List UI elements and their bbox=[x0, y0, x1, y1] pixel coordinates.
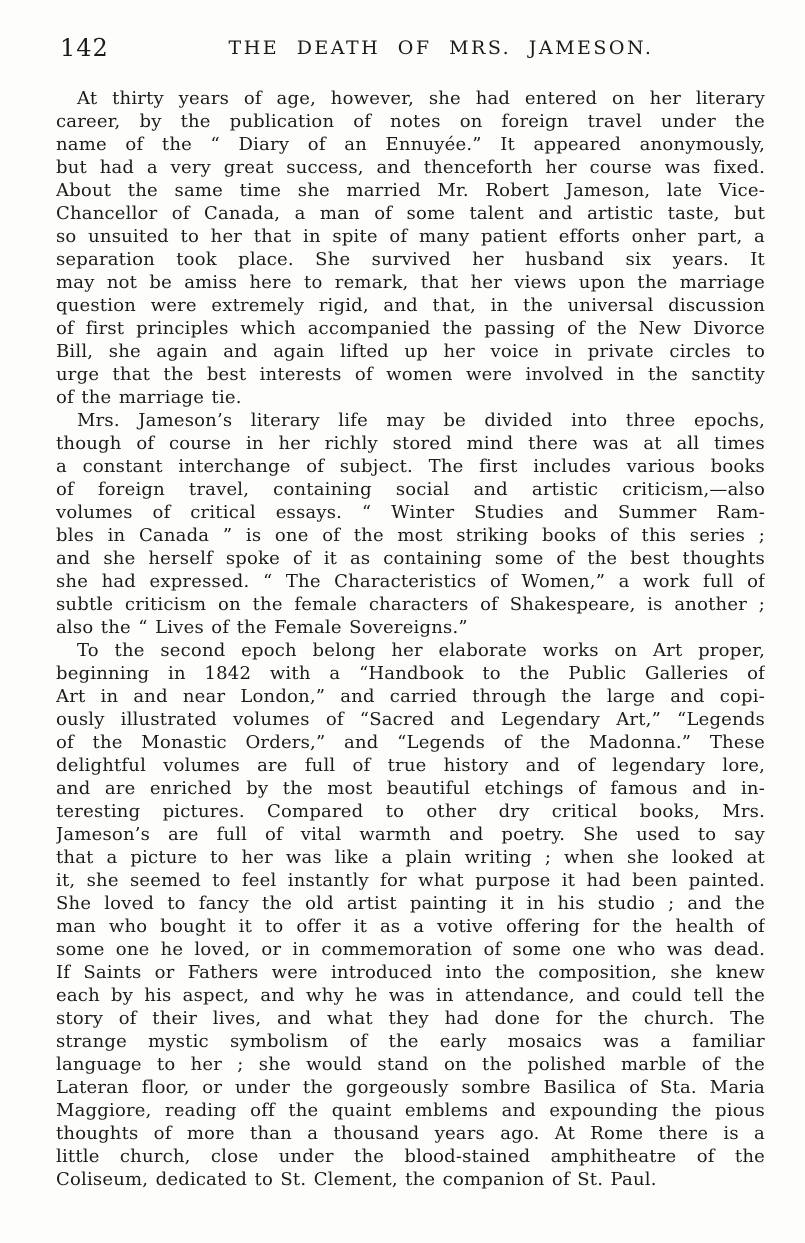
text-line: volumes of critical essays. “ Winter Stu… bbox=[56, 501, 765, 524]
text-line: each by his aspect, and why he was in at… bbox=[56, 984, 765, 1007]
text-line: man who bought it to offer it as a votiv… bbox=[56, 915, 765, 938]
text-line: strange mystic symbolism of the early mo… bbox=[56, 1030, 765, 1053]
text-line: little church, close under the blood-sta… bbox=[56, 1145, 765, 1168]
text-line: Coliseum, dedicated to St. Clement, the … bbox=[56, 1168, 765, 1191]
text-line: She loved to fancy the old artist painti… bbox=[56, 892, 765, 915]
text-line: of first principles which accompanied th… bbox=[56, 317, 765, 340]
text-line: may not be amiss here to remark, that he… bbox=[56, 271, 765, 294]
text-line: About the same time she married Mr. Robe… bbox=[56, 179, 765, 202]
text-line: urge that the best interests of women we… bbox=[56, 363, 765, 386]
text-line: Art in and near London,” and carried thr… bbox=[56, 685, 765, 708]
page-header: 142 THE DEATH OF MRS. JAMESON. bbox=[57, 34, 765, 64]
text-line: If Saints or Fathers were introduced int… bbox=[56, 961, 765, 984]
text-line: and are enriched by the most beautiful e… bbox=[56, 777, 765, 800]
text-line: that a picture to her was like a plain w… bbox=[56, 846, 765, 869]
paragraph: At thirty years of age, however, she had… bbox=[56, 87, 765, 409]
text-line: Maggiore, reading off the quaint emblems… bbox=[56, 1099, 765, 1122]
text-line: thoughts of more than a thousand years a… bbox=[56, 1122, 765, 1145]
text-line: story of their lives, and what they had … bbox=[56, 1007, 765, 1030]
text-line: she had expressed. “ The Characteristics… bbox=[56, 570, 765, 593]
text-line: of foreign travel, containing social and… bbox=[56, 478, 765, 501]
text-line: separation took place. She survived her … bbox=[56, 248, 765, 271]
text-line: though of course in her richly stored mi… bbox=[56, 432, 765, 455]
text-line: career, by the publication of notes on f… bbox=[56, 110, 765, 133]
text-line: Bill, she again and again lifted up her … bbox=[56, 340, 765, 363]
text-line: so unsuited to her that in spite of many… bbox=[56, 225, 765, 248]
running-title: THE DEATH OF MRS. JAMESON. bbox=[177, 37, 705, 59]
text-line: bles in Canada ” is one of the most stri… bbox=[56, 524, 765, 547]
paragraph: Mrs. Jameson’s literary life may be divi… bbox=[56, 409, 765, 639]
text-line: To the second epoch belong her elaborate… bbox=[56, 639, 765, 662]
text-line: some one he loved, or in commemoration o… bbox=[56, 938, 765, 961]
text-line: question were extremely rigid, and that,… bbox=[56, 294, 765, 317]
page-body: At thirty years of age, however, she had… bbox=[56, 87, 765, 1191]
text-line: and she herself spoke of it as containin… bbox=[56, 547, 765, 570]
page-number: 142 bbox=[60, 34, 109, 62]
text-line: teresting pictures. Compared to other dr… bbox=[56, 800, 765, 823]
text-line: delightful volumes are full of true hist… bbox=[56, 754, 765, 777]
book-page: 142 THE DEATH OF MRS. JAMESON. At thirty… bbox=[0, 0, 805, 1243]
text-line: language to her ; she would stand on the… bbox=[56, 1053, 765, 1076]
text-line: name of the “ Diary of an Ennuyée.” It a… bbox=[56, 133, 765, 156]
text-line: beginning in 1842 with a “Handbook to th… bbox=[56, 662, 765, 685]
text-line: Chancellor of Canada, a man of some tale… bbox=[56, 202, 765, 225]
text-line: Mrs. Jameson’s literary life may be divi… bbox=[56, 409, 765, 432]
paragraph: To the second epoch belong her elaborate… bbox=[56, 639, 765, 1191]
text-line: subtle criticism on the female character… bbox=[56, 593, 765, 616]
text-line: At thirty years of age, however, she had… bbox=[56, 87, 765, 110]
text-line: Lateran floor, or under the gorgeously s… bbox=[56, 1076, 765, 1099]
text-line: a constant interchange of subject. The f… bbox=[56, 455, 765, 478]
text-line: also the “ Lives of the Female Sovereign… bbox=[56, 616, 765, 639]
text-line: Jameson’s are full of vital warmth and p… bbox=[56, 823, 765, 846]
text-line: of the marriage tie. bbox=[56, 386, 765, 409]
text-line: ously illustrated volumes of “Sacred and… bbox=[56, 708, 765, 731]
text-line: of the Monastic Orders,” and “Legends of… bbox=[56, 731, 765, 754]
text-line: it, she seemed to feel instantly for wha… bbox=[56, 869, 765, 892]
text-line: but had a very great success, and thence… bbox=[56, 156, 765, 179]
